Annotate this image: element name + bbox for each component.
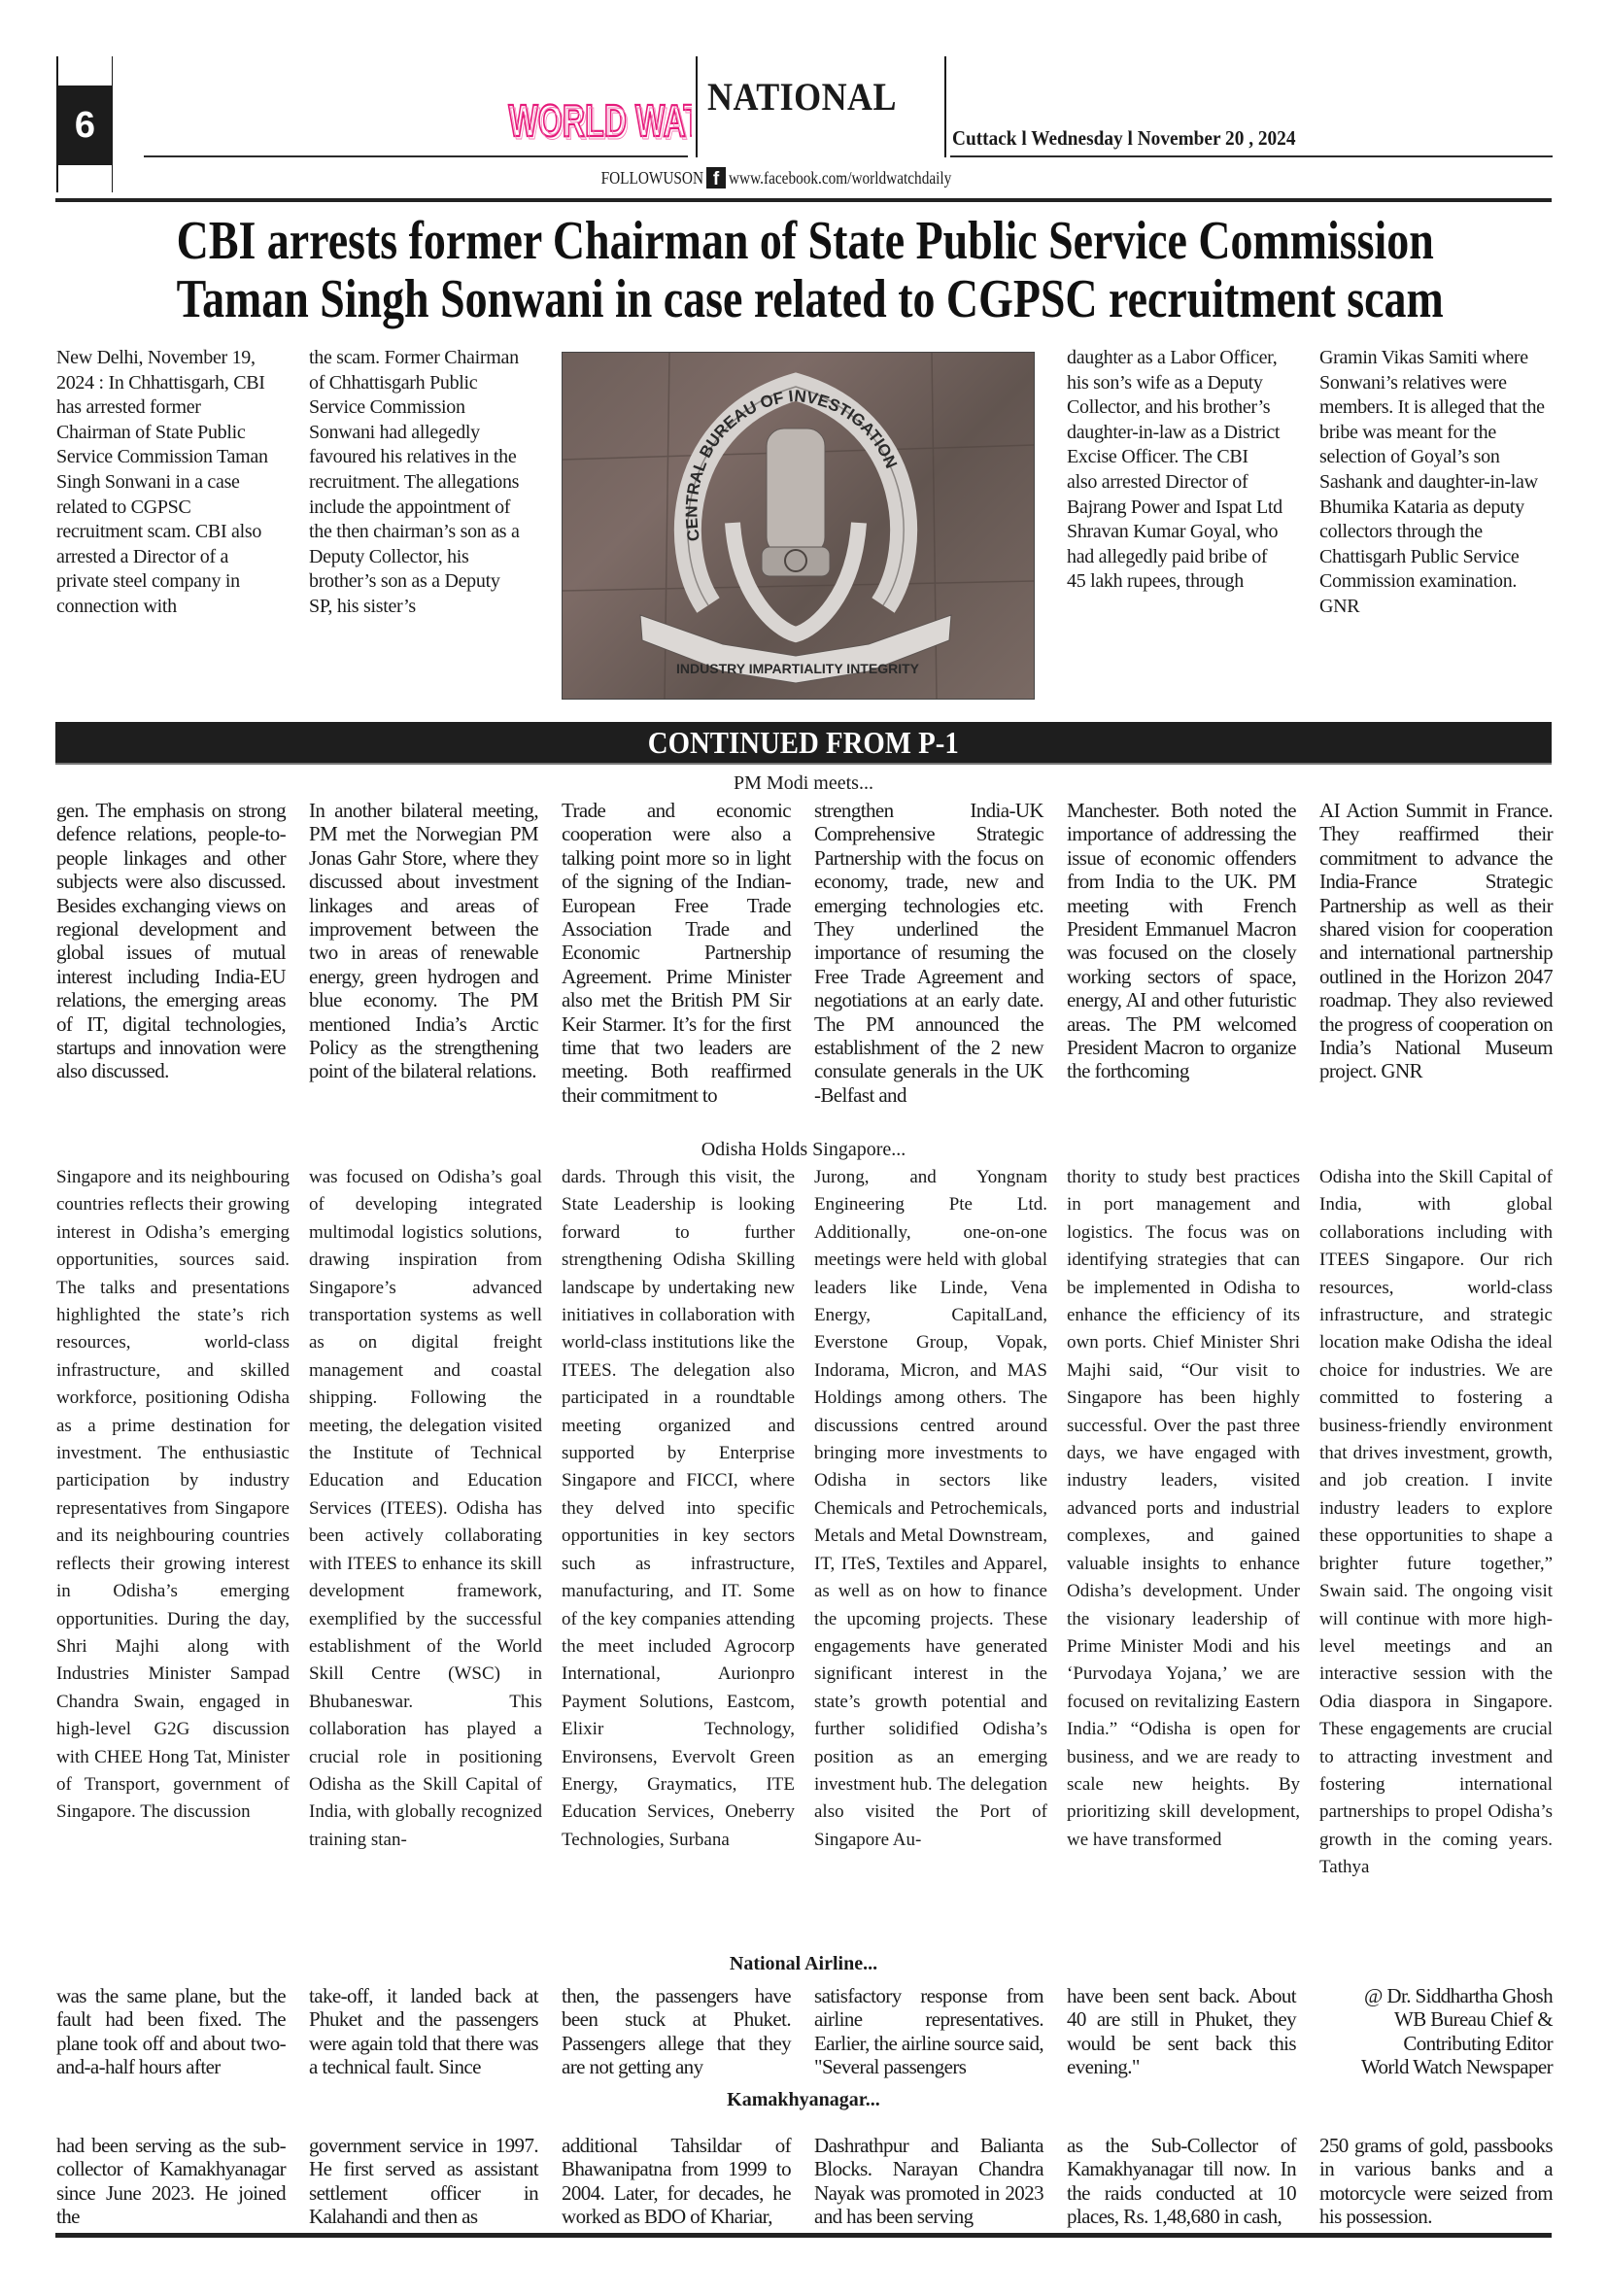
cbi-emblem-photo: CENTRAL BUREAU OF INVESTIGATION INDUSTRY… (562, 352, 1035, 700)
dateline: Cuttack l Wednesday l November 20 , 2024 (952, 126, 1295, 151)
airline-column-2: take-off, it landed back at Phuket and t… (309, 1984, 538, 2079)
section-title: NATIONAL (707, 74, 897, 120)
lead-story-column-1: New Delhi, November 19, 2024 : In Chhatt… (56, 346, 268, 620)
odisha-column-2: was focused on Odisha’s goal of developi… (309, 1164, 542, 1854)
world-watch-logo: WORLD WATCH WORLD WATCH (507, 80, 692, 157)
kamakhyanagar-column-5: as the Sub-Collector of Kamakhyanagar ti… (1067, 2134, 1296, 2229)
lead-story-column-2: the scam. Former Chairman of Chhattisgar… (309, 346, 521, 620)
pm-modi-column-3: Trade and economic cooperation were also… (562, 799, 791, 1107)
page-bottom-rule (55, 2233, 1552, 2238)
pm-modi-column-2: In another bilateral meeting, PM met the… (309, 799, 538, 1083)
odisha-column-1: Singapore and its neighbouring countries… (56, 1164, 290, 1827)
cbi-emblem-image: CENTRAL BUREAU OF INVESTIGATION INDUSTRY… (563, 353, 1034, 699)
odisha-column-5: thority to study best practices in port … (1067, 1164, 1300, 1854)
headline-line-2: Taman Singh Sonwani in case related to C… (177, 270, 1431, 328)
story-kicker-pm-modi: PM Modi meets... (55, 772, 1552, 795)
lead-story-column-3: daughter as a Labor Officer, his son’s w… (1067, 346, 1282, 595)
continued-banner-label: CONTINUED FROM P-1 (648, 725, 959, 761)
masthead-bottom-rule (55, 198, 1552, 202)
odisha-column-3: dards. Through this visit, the State Lea… (562, 1164, 795, 1854)
story-kicker-odisha: Odisha Holds Singapore... (55, 1139, 1552, 1161)
byline-name: @ Dr. Siddhartha Ghosh (1292, 1984, 1553, 2007)
masthead-rule-left (144, 155, 688, 157)
kamakhyanagar-column-1: had been serving as the sub-collector of… (56, 2134, 286, 2229)
kamakhyanagar-column-3: additional Tahsildar of Bhawanipatna fro… (562, 2134, 791, 2229)
follow-us-bar: FOLLOWUSON f www.facebook.com/worldwatch… (583, 167, 991, 188)
continued-banner: CONTINUED FROM P-1 (55, 722, 1552, 765)
airline-column-4: satisfactory response from airline repre… (814, 1984, 1043, 2079)
pm-modi-column-5: Manchester. Both noted the importance of… (1067, 799, 1296, 1083)
pm-modi-column-1: gen. The emphasis on strong defence rela… (56, 799, 286, 1083)
masthead-rule-right (950, 155, 1553, 157)
airline-byline: @ Dr. Siddhartha Ghosh WB Bureau Chief &… (1292, 1984, 1553, 2079)
odisha-column-6: Odisha into the Skill Capital of India, … (1319, 1164, 1553, 1882)
story-kicker-kamakhyanagar: Kamakhyanagar... (55, 2089, 1552, 2111)
masthead-section-divider (944, 56, 946, 157)
byline-title: WB Bureau Chief & (1292, 2007, 1553, 2031)
pm-modi-column-6: AI Action Summit in France. They reaffir… (1319, 799, 1553, 1083)
lead-story-column-4: Gramin Vikas Samiti where Sonwani’s rela… (1319, 346, 1553, 620)
page-number: 6 (58, 86, 112, 165)
byline-publication: World Watch Newspaper (1292, 2055, 1553, 2078)
kamakhyanagar-column-2: government service in 1997. He first ser… (309, 2134, 538, 2229)
lead-headline: CBI arrests former Chairman of State Pub… (177, 212, 1431, 328)
facebook-url-link[interactable]: www.facebook.com/worldwatchdaily (729, 168, 951, 188)
masthead-page-rule (112, 56, 113, 192)
masthead-logo-divider (696, 56, 698, 157)
airline-column-5: have been sent back. About 40 are still … (1067, 1984, 1296, 2079)
kamakhyanagar-column-4: Dashrathpur and Balianta Blocks. Narayan… (814, 2134, 1043, 2229)
svg-text:WORLD WATCH: WORLD WATCH (511, 99, 693, 149)
follow-us-label: FOLLOWUSON (601, 168, 703, 188)
facebook-icon[interactable]: f (706, 167, 726, 188)
emblem-ribbon-text: INDUSTRY IMPARTIALITY INTEGRITY (676, 661, 920, 676)
airline-column-1: was the same plane, but the fault had be… (56, 1984, 286, 2079)
kamakhyanagar-column-6: 250 grams of gold, passbooks in various … (1319, 2134, 1553, 2229)
byline-role: Contributing Editor (1292, 2032, 1553, 2055)
airline-column-3: then, the passengers have been stuck at … (562, 1984, 791, 2079)
story-kicker-national-airline: National Airline... (55, 1953, 1552, 1975)
headline-line-1: CBI arrests former Chairman of State Pub… (177, 212, 1431, 270)
odisha-column-4: Jurong, and Yongnam Engineering Pte Ltd.… (814, 1164, 1047, 1854)
pm-modi-column-4: strengthen India-UK Comprehensive Strate… (814, 799, 1043, 1107)
